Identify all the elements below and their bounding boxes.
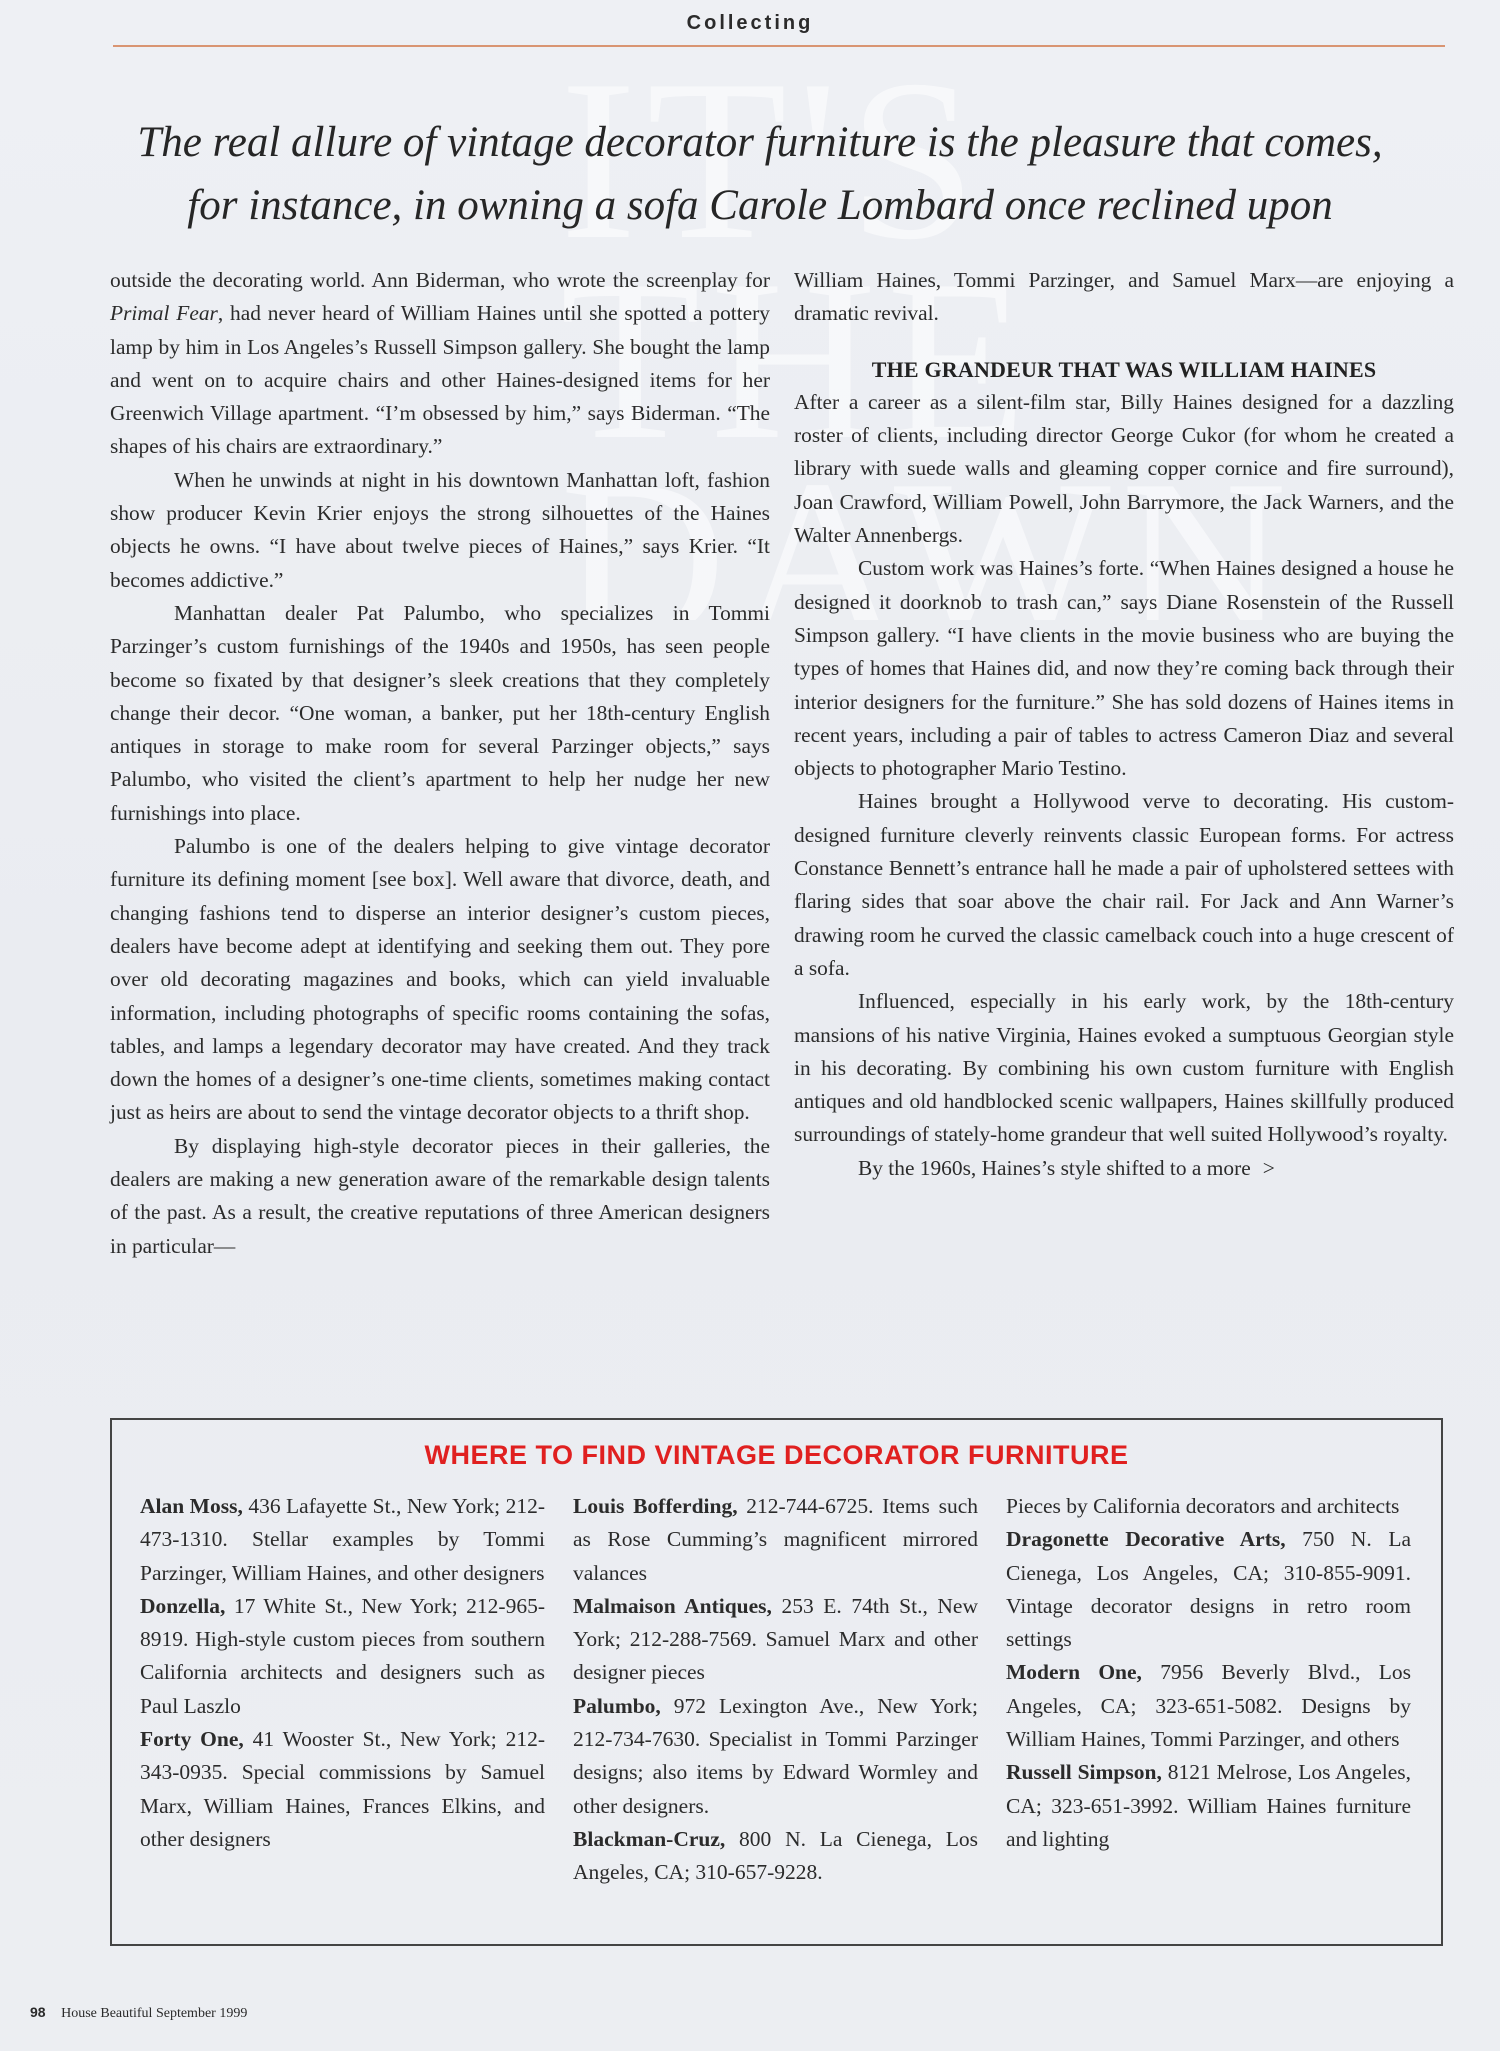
header-rule (113, 45, 1445, 47)
sidebar-column-2: Louis Bofferding, 212-744-6725. Items su… (573, 1490, 978, 1890)
dealer-entry: Palumbo, 972 Lexington Ave., New York; 2… (573, 1690, 978, 1823)
article-paragraph: By displaying high-style decorator piece… (110, 1130, 770, 1263)
paragraph-text: When he unwinds at night in his downtown… (110, 468, 770, 592)
section-label: Collecting (0, 12, 1500, 35)
publication-name: House Beautiful (61, 2006, 152, 2021)
dealer-entry: Pieces by California decorators and arch… (1006, 1490, 1411, 1523)
article-right-column: William Haines, Tommi Parzinger, and Sam… (794, 264, 1454, 1185)
article-left-column: outside the decorating world. Ann Biderm… (110, 264, 770, 1263)
subhead: THE GRANDEUR THAT WAS WILLIAM HAINES (794, 353, 1454, 386)
dealer-entry: Forty One, 41 Wooster St., New York; 212… (140, 1723, 545, 1856)
article-paragraph: Influenced, especially in his early work… (794, 985, 1454, 1151)
sidebar-title: WHERE TO FIND VINTAGE DECORATOR FURNITUR… (112, 1440, 1441, 1471)
dealer-name: Modern One, (1006, 1660, 1142, 1684)
article-paragraph: Haines brought a Hollywood verve to deco… (794, 785, 1454, 985)
dealer-entry: Donzella, 17 White St., New York; 212-96… (140, 1590, 545, 1723)
article-paragraph: Manhattan dealer Pat Palumbo, who specia… (110, 597, 770, 830)
continued-text: By the 1960s, Haines’s style shifted to … (858, 1156, 1251, 1180)
dealer-name: Blackman-Cruz, (573, 1827, 725, 1851)
dealer-name: Donzella, (140, 1594, 225, 1618)
dealer-name: Dragonette Decorative Arts, (1006, 1527, 1286, 1551)
dealer-entry: Alan Moss, 436 Lafayette St., New York; … (140, 1490, 545, 1590)
sidebar-column-3: Pieces by California decorators and arch… (1006, 1490, 1411, 1856)
continued-line: By the 1960s, Haines’s style shifted to … (794, 1152, 1454, 1185)
dealer-entry: Blackman-Cruz, 800 N. La Cienega, Los An… (573, 1823, 978, 1890)
deck-line-1: The real allure of vintage decorator fur… (110, 112, 1410, 174)
article-paragraph: Custom work was Haines’s forte. “When Ha… (794, 552, 1454, 785)
dealer-entry: Malmaison Antiques, 253 E. 74th St., New… (573, 1590, 978, 1690)
film-title: Primal Fear (110, 301, 218, 325)
article-paragraph: After a career as a silent-film star, Bi… (794, 386, 1454, 552)
dealer-entry: Dragonette Decorative Arts, 750 N. La Ci… (1006, 1523, 1411, 1656)
continue-arrow-icon: > (1263, 1156, 1275, 1180)
where-to-find-box: WHERE TO FIND VINTAGE DECORATOR FURNITUR… (110, 1418, 1443, 1946)
article-paragraph: Palumbo is one of the dealers helping to… (110, 830, 770, 1130)
dealer-entry: Russell Simpson, 8121 Melrose, Los Angel… (1006, 1756, 1411, 1856)
dealer-name: Palumbo, (573, 1694, 661, 1718)
magazine-page: IT'S THE DAWN OF A NEW Collecting The re… (0, 0, 1500, 2051)
sidebar-column-1: Alan Moss, 436 Lafayette St., New York; … (140, 1490, 545, 1856)
dealer-name: Forty One, (140, 1727, 244, 1751)
dealer-details: Pieces by California decorators and arch… (1006, 1494, 1399, 1518)
dealer-entry: Modern One, 7956 Beverly Blvd., Los Ange… (1006, 1656, 1411, 1756)
paragraph-text: Palumbo is one of the dealers helping to… (110, 834, 770, 1124)
dealer-name: Malmaison Antiques, (573, 1594, 772, 1618)
dealer-entry: Louis Bofferding, 212-744-6725. Items su… (573, 1490, 978, 1590)
dealer-name: Louis Bofferding, (573, 1494, 738, 1518)
deck-line-2: for instance, in owning a sofa Carole Lo… (110, 175, 1410, 237)
article-paragraph: When he unwinds at night in his downtown… (110, 464, 770, 597)
page-footer: 98 House Beautiful September 1999 (30, 2004, 247, 2022)
dealer-name: Alan Moss, (140, 1494, 243, 1518)
paragraph-text: outside the decorating world. Ann Biderm… (110, 268, 770, 292)
article-paragraph: outside the decorating world. Ann Biderm… (110, 264, 770, 464)
dealer-name: Russell Simpson, (1006, 1760, 1162, 1784)
right-lead-paragraph: William Haines, Tommi Parzinger, and Sam… (794, 264, 1454, 331)
paragraph-text: By displaying high-style decorator piece… (110, 1134, 770, 1258)
page-number: 98 (30, 2004, 46, 2020)
paragraph-text: Manhattan dealer Pat Palumbo, who specia… (110, 601, 770, 825)
issue-date: September 1999 (156, 2006, 247, 2021)
